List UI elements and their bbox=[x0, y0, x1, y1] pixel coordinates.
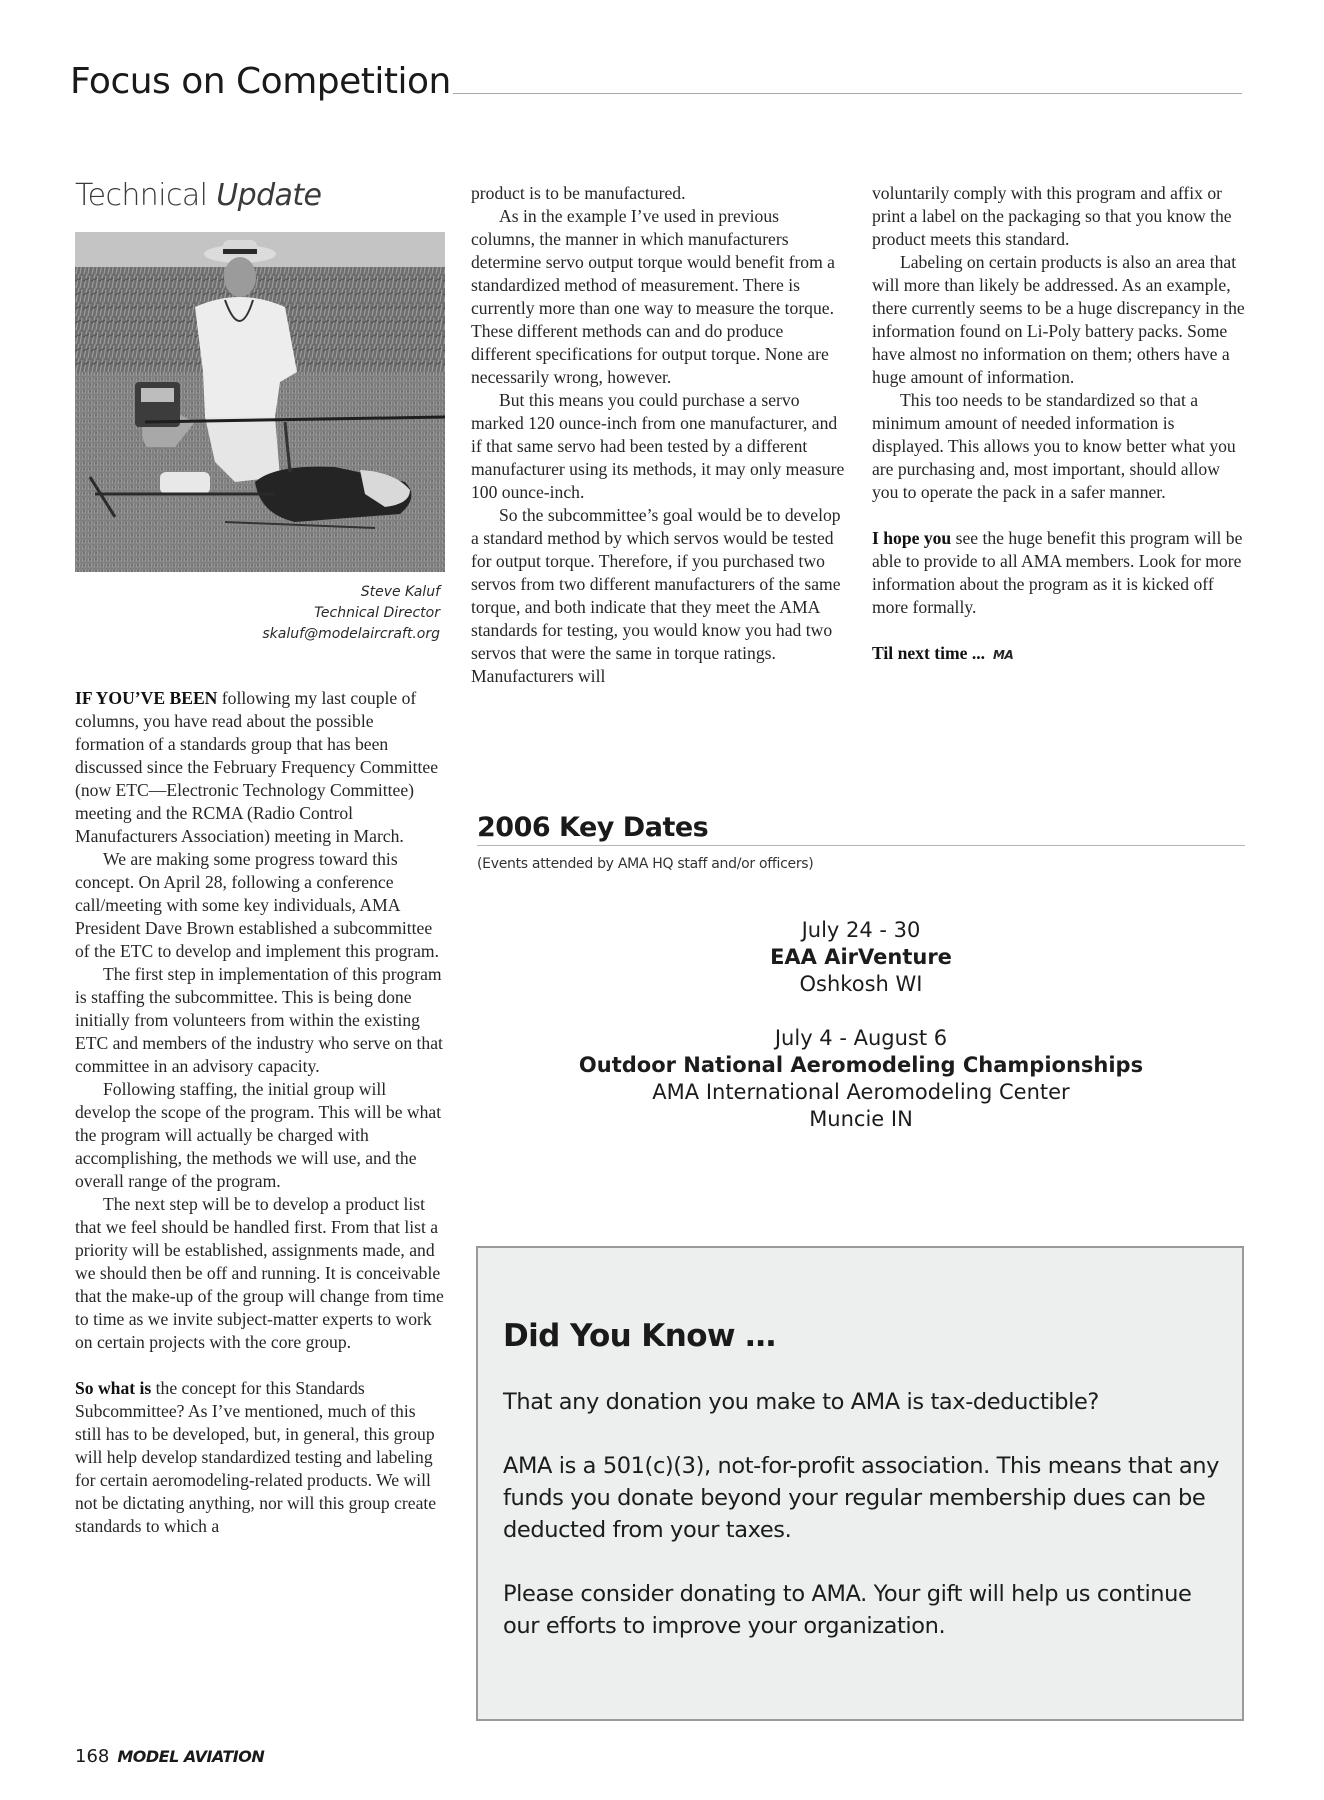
paragraph: The next step will be to develop a produ… bbox=[75, 1193, 445, 1354]
key-dates-subtitle: (Events attended by AMA HQ staff and/or … bbox=[477, 856, 813, 872]
paragraph: So what is the concept for this Standard… bbox=[75, 1377, 445, 1538]
paragraph: Please consider donating to AMA. Your gi… bbox=[503, 1578, 1223, 1642]
event-name: Outdoor National Aeromodeling Championsh… bbox=[477, 1052, 1245, 1079]
article-column-2: product is to be manufactured. As in the… bbox=[471, 182, 846, 688]
event-location: Oshkosh WI bbox=[477, 971, 1245, 998]
author-photo bbox=[75, 232, 445, 572]
event-name: EAA AirVenture bbox=[477, 944, 1245, 971]
column-title: Technical Update bbox=[75, 178, 321, 213]
author-name: Steve Kaluf bbox=[75, 582, 440, 603]
event-location: AMA International Aeromodeling Center bbox=[477, 1079, 1245, 1106]
paragraph: voluntarily comply with this program and… bbox=[872, 182, 1247, 251]
key-dates-header: 2006 Key Dates bbox=[477, 812, 1245, 848]
paragraph: IF YOU’VE BEEN following my last couple … bbox=[75, 687, 445, 848]
event-dates: July 4 - August 6 bbox=[477, 1025, 1245, 1052]
paragraph: So the subcommittee’s goal would be to d… bbox=[471, 504, 846, 688]
sign-off-text: Til next time ... bbox=[872, 643, 985, 663]
page-footer: 168Model Aviation bbox=[75, 1746, 264, 1767]
page-number: 168 bbox=[75, 1746, 109, 1767]
event-item: July 24 - 30 EAA AirVenture Oshkosh WI bbox=[477, 917, 1245, 998]
photo-illustration bbox=[75, 232, 445, 572]
key-dates-events: July 24 - 30 EAA AirVenture Oshkosh WI J… bbox=[477, 917, 1245, 1160]
event-dates: July 24 - 30 bbox=[477, 917, 1245, 944]
article-column-1: IF YOU’VE BEEN following my last couple … bbox=[75, 687, 445, 1538]
column-title-italic: Update bbox=[216, 178, 321, 213]
author-role: Technical Director bbox=[75, 603, 440, 624]
event-location: Muncie IN bbox=[477, 1106, 1245, 1133]
did-you-know-box: Did You Know … That any donation you mak… bbox=[476, 1246, 1244, 1721]
event-item: July 4 - August 6 Outdoor National Aerom… bbox=[477, 1025, 1245, 1133]
did-you-know-title: Did You Know … bbox=[503, 1318, 776, 1354]
paragraph: Following staffing, the initial group wi… bbox=[75, 1078, 445, 1193]
key-dates-rule bbox=[477, 845, 1245, 846]
article-column-3: voluntarily comply with this program and… bbox=[872, 182, 1247, 667]
magazine-name: Model Aviation bbox=[117, 1747, 264, 1766]
paragraph: product is to be manufactured. bbox=[471, 182, 846, 205]
did-you-know-body: That any donation you make to AMA is tax… bbox=[503, 1386, 1223, 1674]
section-header: Focus on Competition bbox=[70, 58, 1242, 98]
byline: Steve Kaluf Technical Director skaluf@mo… bbox=[75, 582, 440, 645]
section-title: Focus on Competition bbox=[70, 64, 453, 100]
paragraph: As in the example I’ve used in previous … bbox=[471, 205, 846, 389]
end-mark-icon: MA bbox=[993, 648, 1013, 662]
lead-in: IF YOU’VE BEEN bbox=[75, 688, 217, 708]
paragraph: But this means you could purchase a serv… bbox=[471, 389, 846, 504]
paragraph: That any donation you make to AMA is tax… bbox=[503, 1386, 1223, 1418]
paragraph: I hope you see the huge benefit this pro… bbox=[872, 527, 1247, 619]
key-dates-title: 2006 Key Dates bbox=[477, 812, 710, 843]
lead-in: I hope you bbox=[872, 528, 951, 548]
column-title-plain: Technical bbox=[75, 178, 216, 213]
paragraph: Labeling on certain products is also an … bbox=[872, 251, 1247, 389]
lead-in: So what is bbox=[75, 1378, 151, 1398]
paragraph: The first step in implementation of this… bbox=[75, 963, 445, 1078]
paragraph: AMA is a 501(c)(3), not-for-profit assoc… bbox=[503, 1450, 1223, 1546]
paragraph: We are making some progress toward this … bbox=[75, 848, 445, 963]
sign-off: Til next time ...MA bbox=[872, 642, 1247, 667]
author-email[interactable]: skaluf@modelaircraft.org bbox=[75, 624, 440, 645]
paragraph: This too needs to be standardized so tha… bbox=[872, 389, 1247, 504]
